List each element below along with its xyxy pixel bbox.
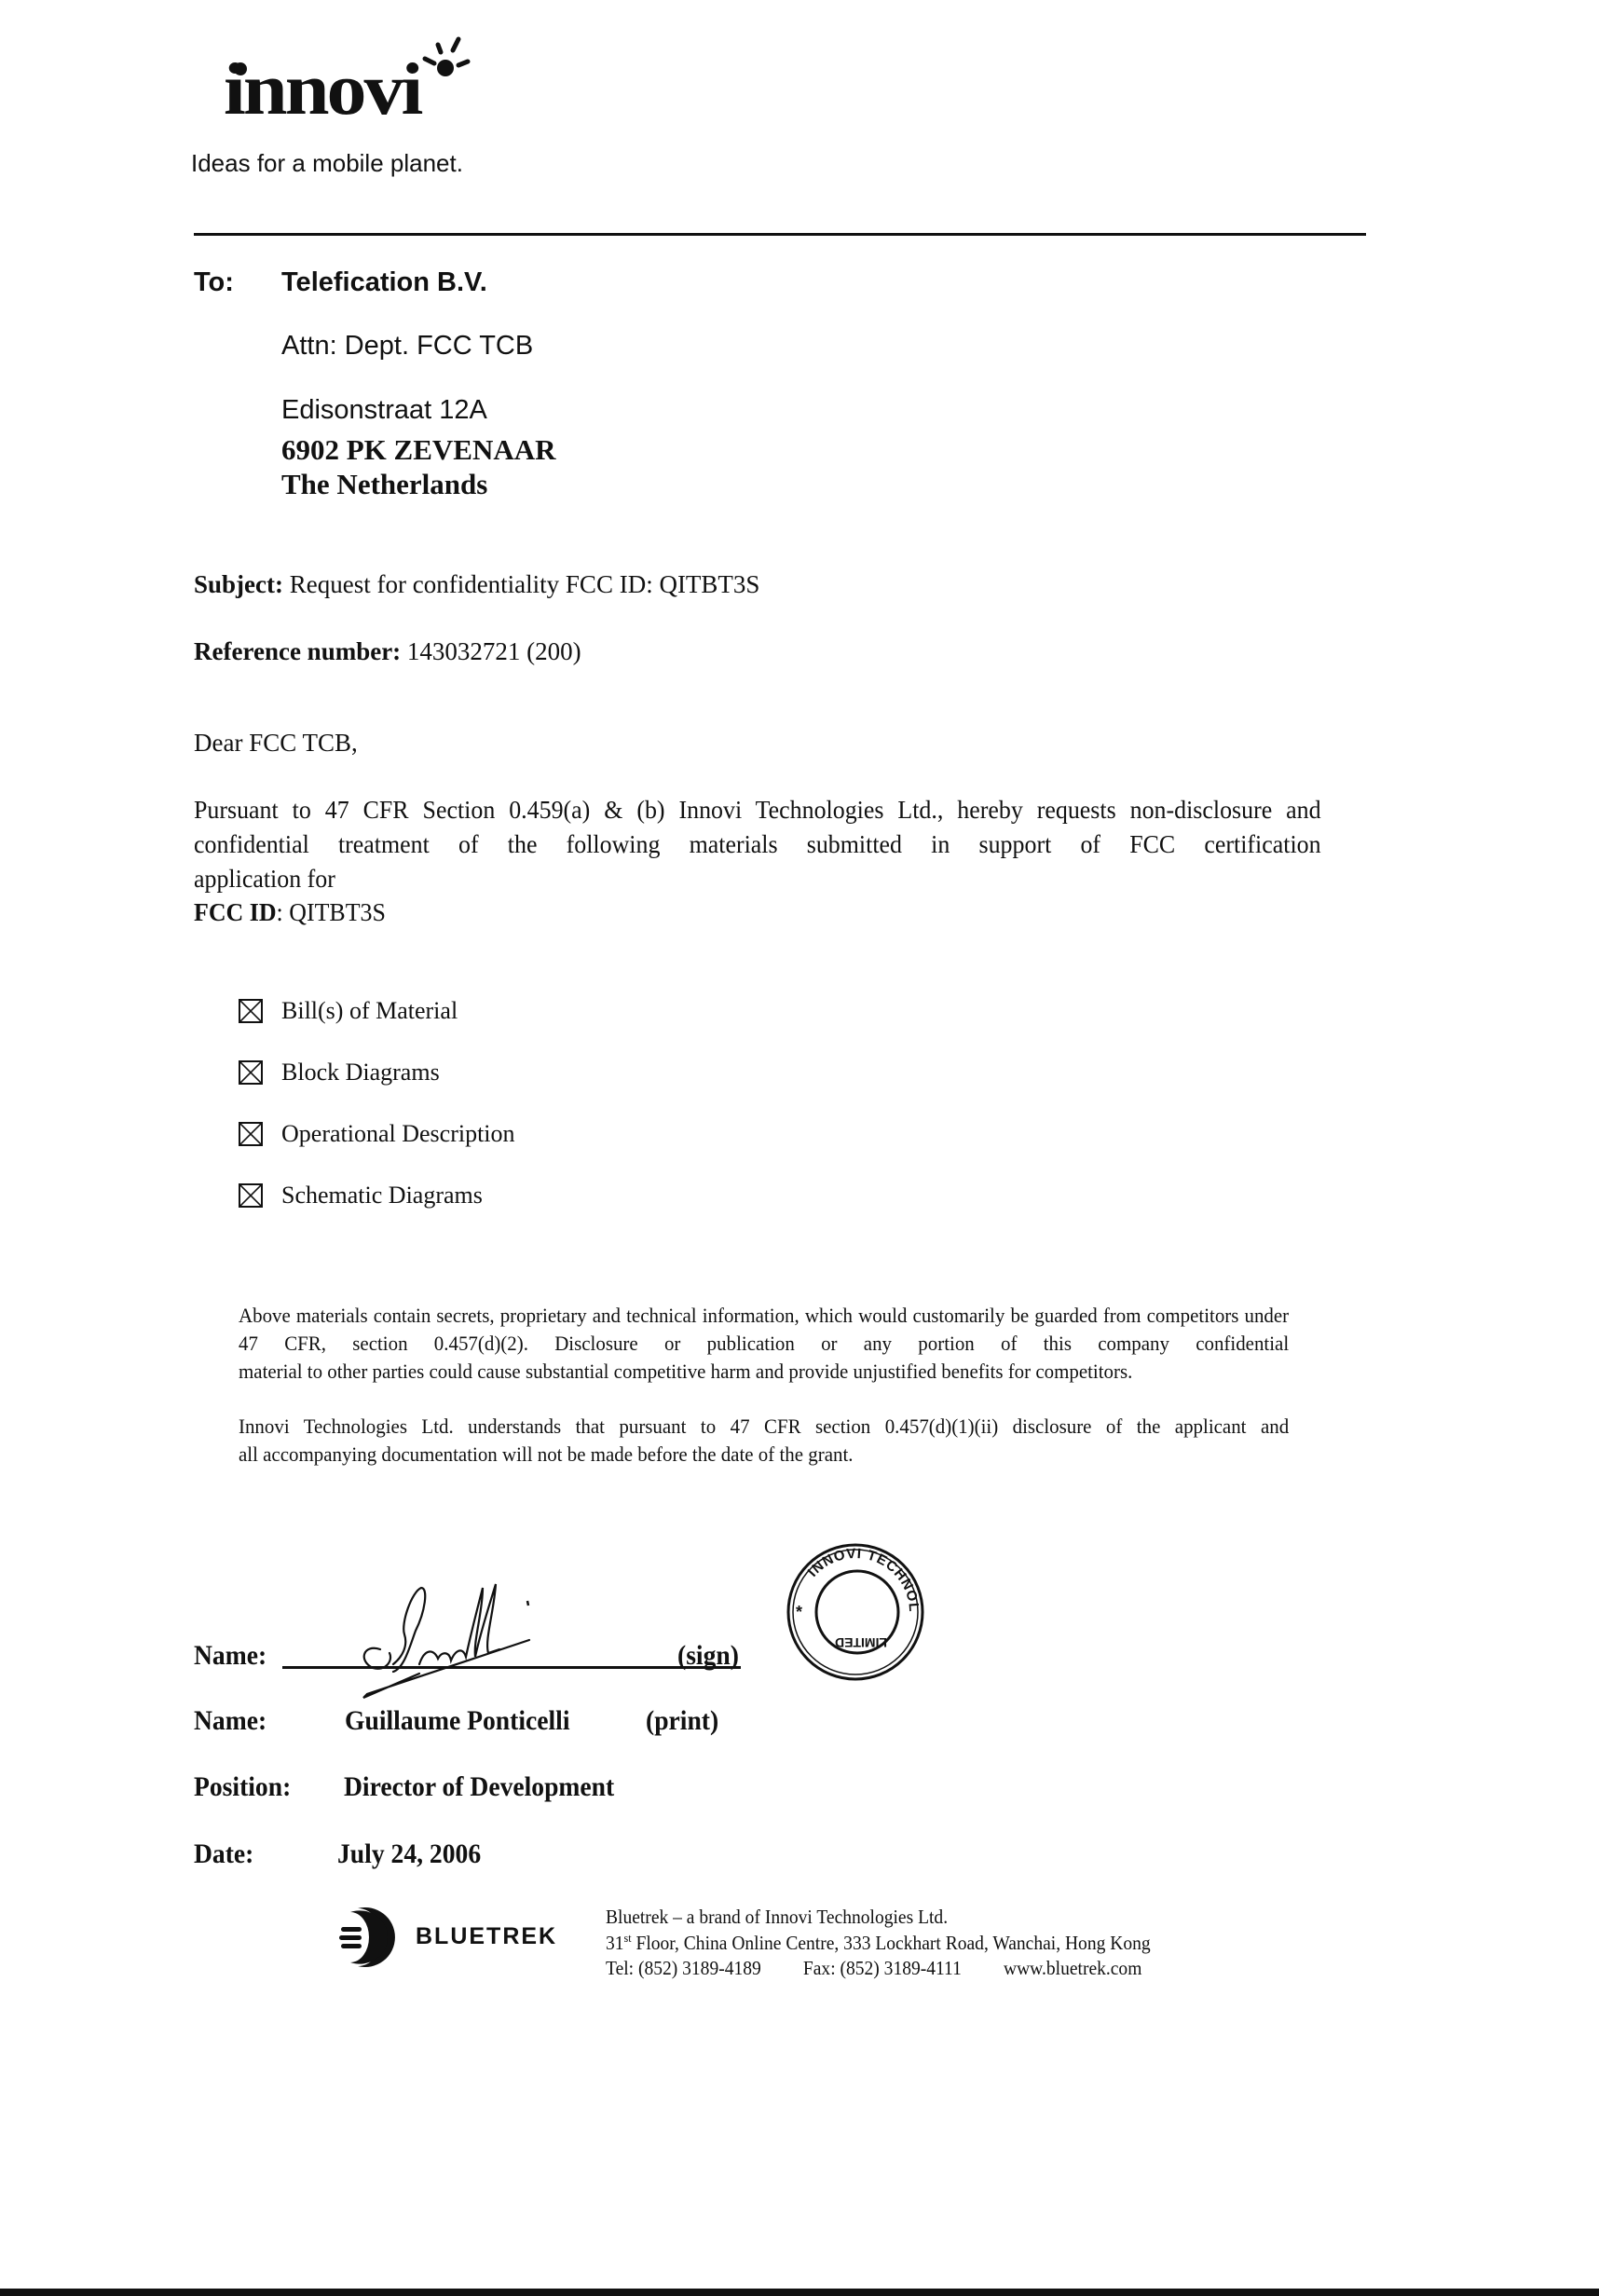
sun-icon [214,28,494,102]
bluetrek-wordmark: BLUETREK [416,1923,557,1950]
material-item: Operational Description [239,1120,515,1148]
svg-text:*: * [796,1603,802,1621]
fcc-id-value: : QITBT3S [277,898,386,926]
fcc-id-line: FCC ID: QITBT3S [194,896,1321,928]
sign-suffix: (sign) [677,1640,739,1672]
reference-label: Reference number: [194,637,401,665]
material-item: Block Diagrams [239,1059,440,1086]
tagline: Ideas for a mobile planet. [191,149,463,178]
stamp-text-bottom: LIMITED [835,1635,887,1650]
print-name-value: Guillaume Ponticelli [345,1705,570,1737]
recipient-attn: Attn: Dept. FCC TCB [281,331,533,362]
position-value: Director of Development [344,1771,614,1803]
floor-suffix: st [624,1931,632,1945]
note-text-end: all accompanying documentation will not … [239,1441,1289,1469]
x-mark-icon [240,1062,261,1083]
company-stamp: INNOVI TECHNOLOGIES LIMITED * [783,1539,928,1685]
note-text: Innovi Technologies Ltd. understands tha… [239,1413,1289,1441]
footer-tel: Tel: (852) 3189-4189 [606,1957,761,1979]
material-label: Schematic Diagrams [281,1182,483,1209]
confidentiality-note: Above materials contain secrets, proprie… [239,1302,1289,1386]
x-mark-icon [240,1124,261,1144]
material-label: Operational Description [281,1120,515,1148]
reference-value: 143032721 (200) [401,637,581,665]
handwritten-signature [335,1575,615,1715]
page-bottom-edge [0,2289,1599,2296]
fcc-id-label: FCC ID [194,898,277,926]
disclosure-note: Innovi Technologies Ltd. understands tha… [239,1413,1289,1469]
header-divider [194,233,1366,236]
x-mark-icon [240,1185,261,1206]
to-label: To: [194,267,234,298]
floor-number: 31 [606,1932,624,1954]
address-rest: Floor, China Online Centre, 333 Lockhart… [632,1932,1151,1954]
footer-website[interactable]: www.bluetrek.com [1004,1957,1141,1979]
bluetrek-logo-icon [337,1906,395,1968]
sign-name-label: Name: [194,1640,266,1672]
salutation: Dear FCC TCB, [194,729,358,758]
material-label: Block Diagrams [281,1059,440,1086]
footer-address-line: 31st Floor, China Online Centre, 333 Loc… [606,1931,1151,1955]
recipient-company: Telefication B.V. [281,267,487,298]
recipient-postal-city: 6902 PK ZEVENAAR [281,433,556,467]
checked-checkbox[interactable] [239,1060,263,1085]
footer-brand-line: Bluetrek – a brand of Innovi Technologie… [606,1906,948,1929]
date-value: July 24, 2006 [337,1838,481,1870]
material-item: Bill(s) of Material [239,997,458,1025]
recipient-country: The Netherlands [281,468,487,501]
position-label: Position: [194,1771,291,1803]
x-mark-icon [240,1001,261,1021]
footer-fax: Fax: (852) 3189-4111 [803,1957,962,1979]
print-suffix: (print) [646,1705,718,1737]
footer-contact-line: Tel: (852) 3189-4189 Fax: (852) 3189-411… [606,1957,1141,1980]
subject-text: Request for confidentiality FCC ID: QITB… [283,570,759,598]
date-label: Date: [194,1838,253,1870]
note-text: Above materials contain secrets, proprie… [239,1302,1289,1358]
request-text-end: application for [194,862,1321,896]
request-text: Pursuant to 47 CFR Section 0.459(a) & (b… [194,793,1321,862]
checked-checkbox[interactable] [239,1122,263,1146]
print-name-label: Name: [194,1705,266,1737]
checked-checkbox[interactable] [239,999,263,1023]
reference-line: Reference number: 143032721 (200) [194,637,581,666]
checked-checkbox[interactable] [239,1183,263,1208]
subject-label: Subject: [194,570,283,598]
material-item: Schematic Diagrams [239,1182,483,1209]
recipient-street: Edisonstraat 12A [281,395,487,426]
request-paragraph: Pursuant to 47 CFR Section 0.459(a) & (b… [194,793,1321,928]
subject-line: Subject: Request for confidentiality FCC… [194,570,759,599]
material-label: Bill(s) of Material [281,997,458,1025]
note-text-end: material to other parties could cause su… [239,1358,1289,1386]
